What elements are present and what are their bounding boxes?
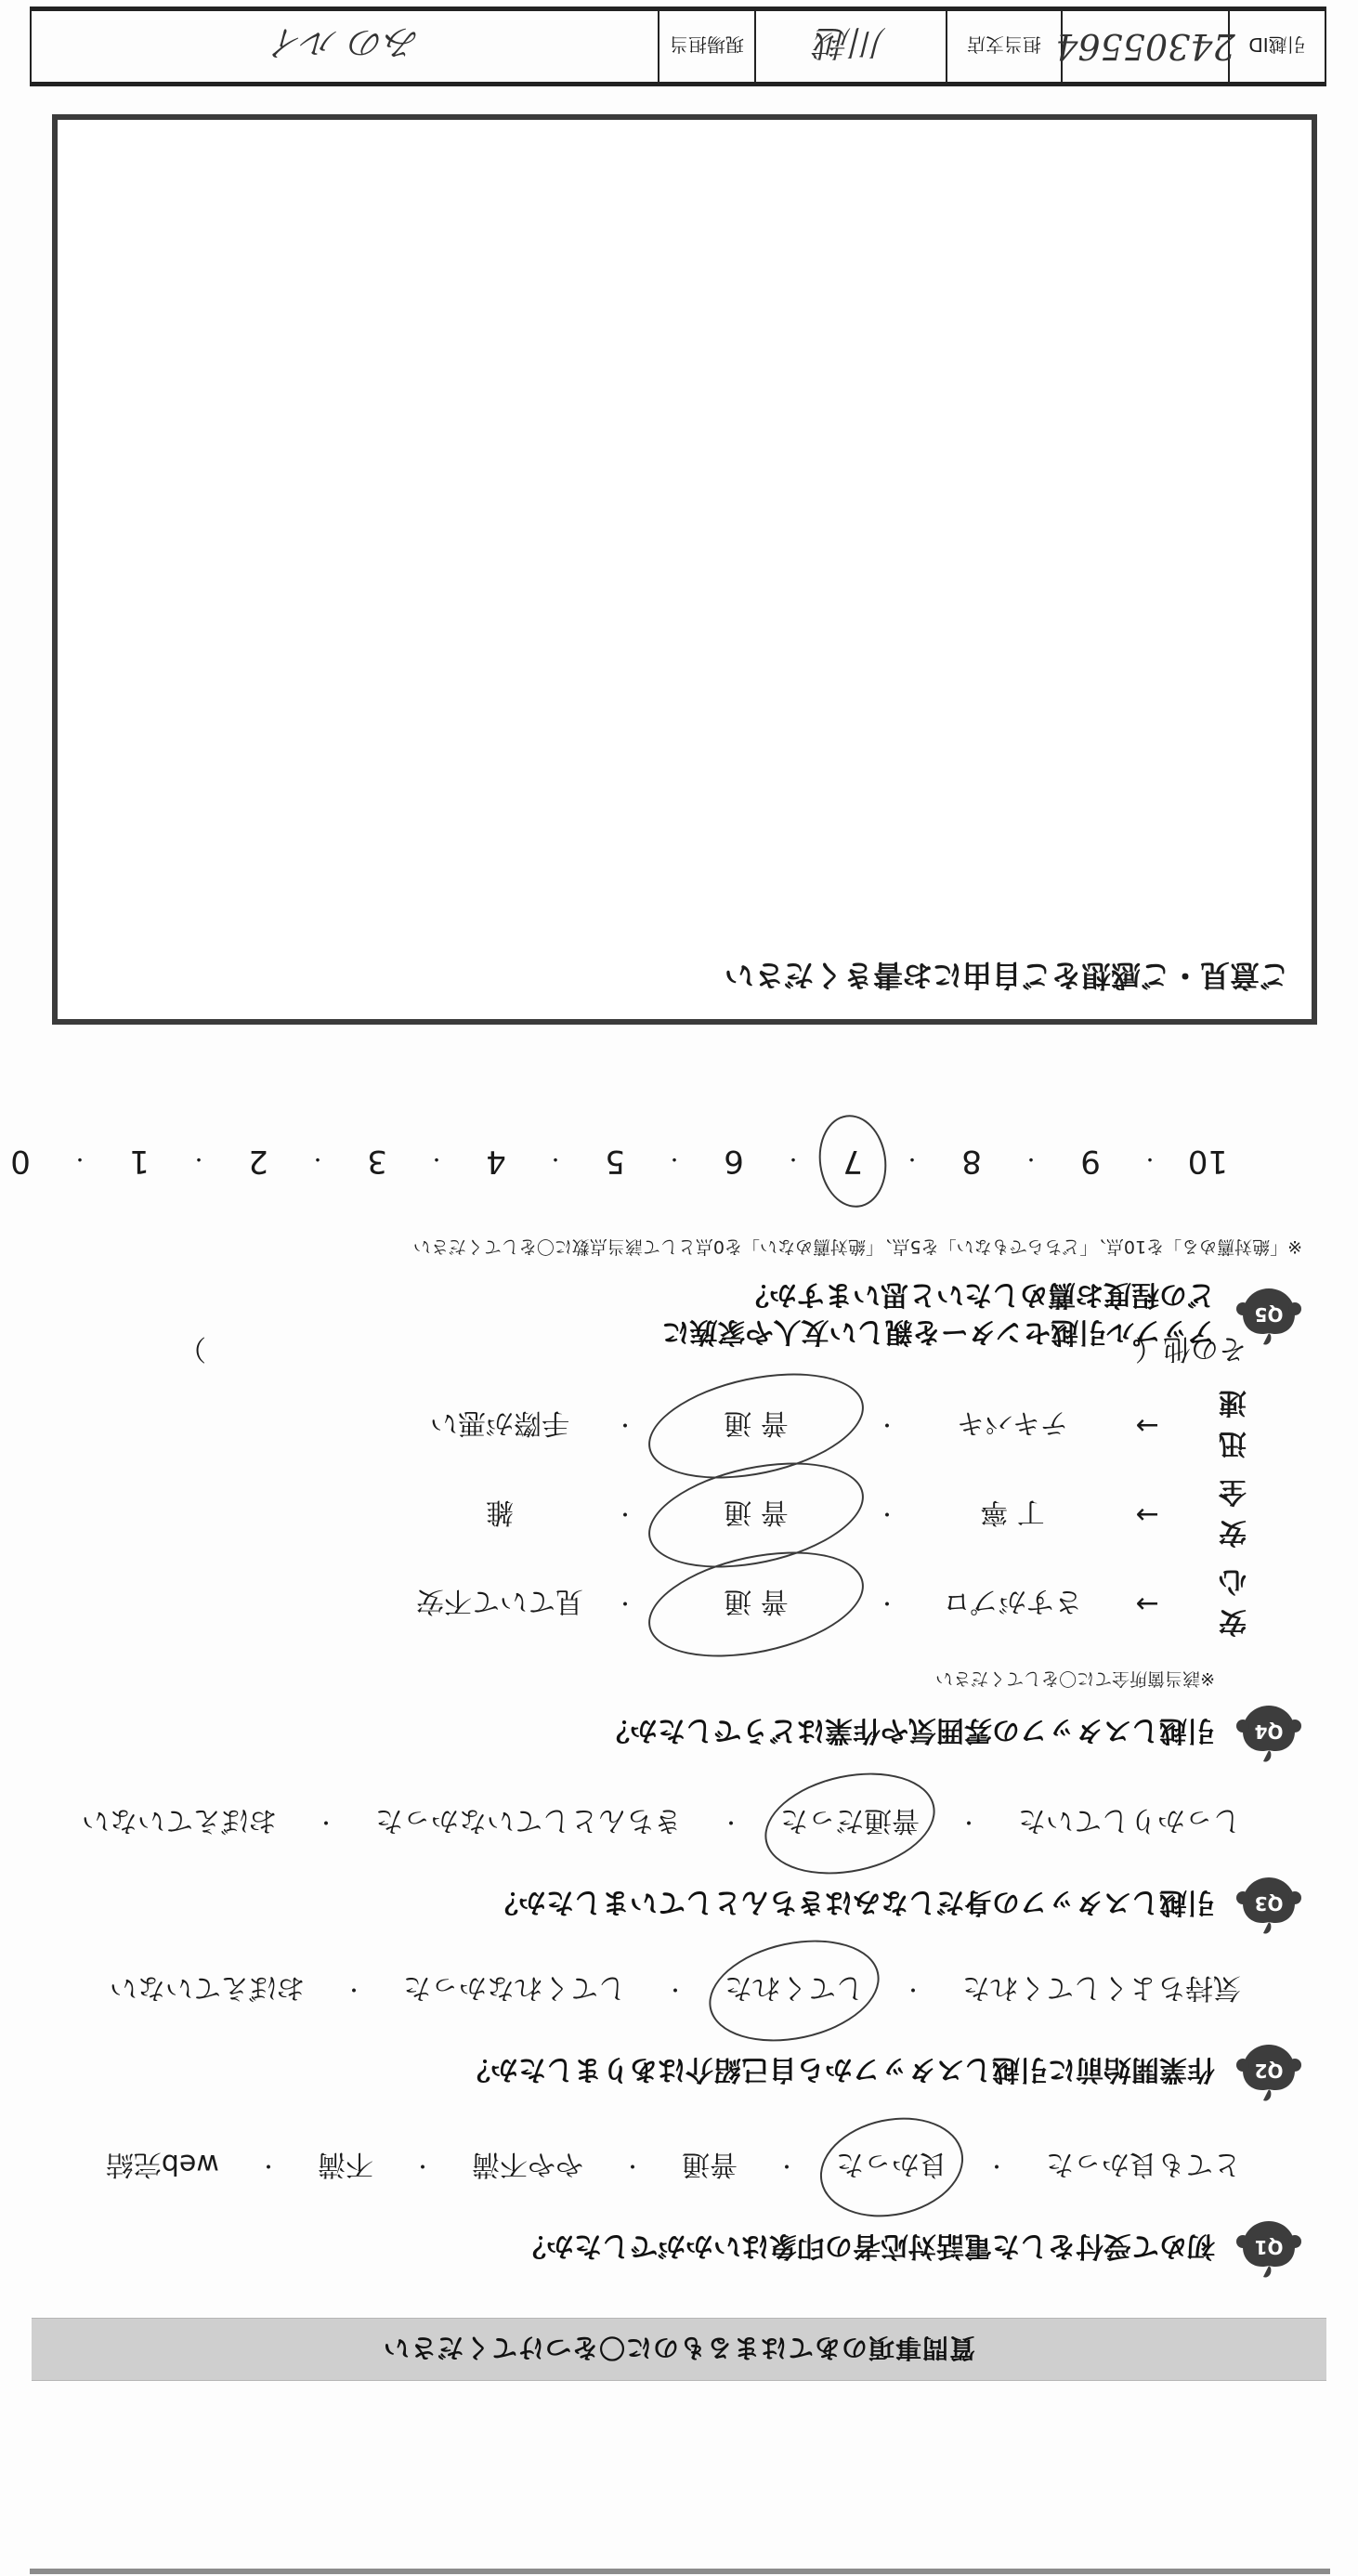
q1-badge-label: Q1 [1235,2236,1302,2258]
q1-option-selected[interactable]: 良かった [830,2143,953,2191]
paper-edge [30,2550,1330,2574]
q4-option[interactable]: 丁 寧 [920,1495,1105,1536]
header-info-table: 引越ID 24305564 担当支店 川越 現場担当 みの ルイ [30,7,1326,86]
apple-badge-icon: Q4 [1235,1696,1302,1763]
apple-badge-icon: Q5 [1235,1279,1302,1346]
arrow-right-icon: → [1105,1499,1189,1532]
q4-option[interactable]: 見ていて不安 [407,1584,593,1625]
separator: ・ [903,1148,921,1175]
score-option[interactable]: 3 [359,1143,396,1180]
arrow-right-icon: → [1105,1410,1189,1443]
score-option[interactable]: 1 [121,1143,158,1180]
separator: ・ [855,1590,920,1619]
q4-row-safety: 安全 → 丁 寧 ・ 普 通 ・ 雑 [20,1471,1247,1560]
question-q3: Q3 引越しスタッフの身だしなみはきちんとしていましたか？ しっかりしていた ・… [20,1799,1302,1935]
q4-row-speed: 迅速 → テキパキ ・ 普 通 ・ 手際が悪い [20,1381,1247,1471]
score-option-selected[interactable]: 7 [834,1143,871,1180]
arrow-right-icon: → [1105,1589,1189,1621]
question-q4: Q4 引越しスタッフの雰囲気や作業はどうでしたか？ ※該当箇所全てに〇をしてくだ… [20,1331,1302,1763]
score-option[interactable]: 5 [596,1143,633,1180]
q4-row-label: 迅速 [1189,1385,1247,1467]
staff-label: 現場担当 [658,11,754,82]
q4-row-label: 安心 [1189,1563,1247,1645]
q5-score-scale: 10 ・ 9 ・ 8 ・ 7 ・ 6 ・ 5 ・ 4 ・ 3 ・ 2 ・ 1 ・… [2,1143,1228,1180]
q4-option[interactable]: さすがプロ [920,1584,1105,1625]
q2-option[interactable]: おぼえていない [104,1967,310,2015]
question-q5: Q5 アップル引越センターを親しい友人や家族に どの程度お薦めしたいと思いますか… [20,1143,1302,1350]
q4-option-selected[interactable]: 普 通 [658,1580,855,1628]
q3-option[interactable]: おぼえていない [76,1799,282,1848]
question-q1: Q1 初めて受付をした電話対応者の印象はいかがでしたか？ とても良かった ・ 良… [20,2143,1302,2279]
q2-options: 気持ちよくしてくれた ・ してくれた ・ してくれなかった ・ おぼえていない [20,1967,1247,2015]
separator: ・ [412,2153,433,2182]
q3-badge-label: Q3 [1235,1892,1302,1915]
score-option[interactable]: 6 [715,1143,752,1180]
comment-box[interactable]: ご意見・ご感想をご自由にお書きください [52,114,1317,1025]
score-option[interactable]: 8 [953,1143,990,1180]
q5-note: ※「絶対薦める」を10点、「どちらでもない」を5点、「絶対薦めない」を0点として… [20,1236,1302,1261]
q4-note: ※該当箇所全てに〇をしてください [20,1667,1215,1693]
separator: ・ [986,2153,1007,2182]
score-option[interactable]: 4 [477,1143,515,1180]
separator: ・ [855,1501,920,1530]
separator: ・ [593,1501,658,1530]
comment-box-title: ご意見・ご感想をご自由にお書きください [725,956,1289,999]
separator: ・ [777,2153,797,2182]
moving-id-label: 引越ID [1228,11,1325,82]
separator: ・ [1141,1148,1159,1175]
q1-options: とても良かった ・ 良かった ・ 普通 ・ やや不満 ・ 不満 ・ web完結 [20,2143,1247,2191]
separator: ・ [71,1148,89,1175]
branch-label: 担当支店 [946,11,1061,82]
q1-title: 初めて受付をした電話対応者の印象はいかがでしたか？ [518,2227,1215,2264]
separator: ・ [665,1977,686,2006]
separator: ・ [593,1590,658,1619]
staff-value[interactable]: みの ルイ [32,11,658,82]
q4-option-selected[interactable]: 普 通 [658,1402,855,1450]
separator: ・ [344,1977,364,2006]
moving-id-value[interactable]: 24305564 [1061,11,1228,82]
score-option[interactable]: 9 [1072,1143,1109,1180]
branch-value[interactable]: 川越 [754,11,946,82]
score-option[interactable]: 10 [1191,1143,1228,1180]
separator: ・ [622,2153,643,2182]
apple-badge-icon: Q3 [1235,1868,1302,1935]
apple-badge-icon: Q2 [1235,2035,1302,2102]
instructions-banner: 質問事項のあてはまるものに〇をつけてください [32,2318,1326,2381]
score-option[interactable]: 0 [2,1143,39,1180]
separator: ・ [258,2153,279,2182]
apple-badge-icon: Q1 [1235,2212,1302,2279]
survey-sheet: 質問事項のあてはまるものに〇をつけてください Q1 初めて受付をした電話対応者の… [0,0,1358,2576]
q4-row-label: 安全 [1189,1474,1247,1556]
q2-option[interactable]: 気持ちよくしてくれた [957,1967,1247,2015]
q3-option-selected[interactable]: 普通だった [775,1799,925,1848]
separator: ・ [721,1810,741,1838]
separator: ・ [903,1977,923,2006]
separator: ・ [308,1148,327,1175]
question-q2: Q2 作業開始前に引越しスタッフから自己紹介はありましたか？ 気持ちよくしてくれ… [20,1967,1302,2102]
q3-option[interactable]: きちんとしていなかった [370,1799,687,1848]
separator: ・ [316,1810,336,1838]
q2-option-selected[interactable]: してくれた [719,1967,869,2015]
q5-badge-label: Q5 [1235,1303,1302,1326]
score-option[interactable]: 2 [240,1143,277,1180]
q4-option[interactable]: 手際が悪い [407,1406,593,1446]
q4-option[interactable]: テキパキ [920,1406,1105,1446]
q4-badge-label: Q4 [1235,1720,1302,1743]
q2-badge-label: Q2 [1235,2059,1302,2082]
q1-option[interactable]: とても良かった [1040,2143,1247,2191]
separator: ・ [959,1810,979,1838]
separator: ・ [855,1412,920,1441]
q4-title: 引越しスタッフの雰囲気や作業はどうでしたか？ [602,1711,1215,1748]
separator: ・ [784,1148,803,1175]
separator: ・ [189,1148,208,1175]
q3-option[interactable]: しっかりしていた [1012,1799,1247,1848]
separator: ・ [593,1412,658,1441]
comment-textarea[interactable] [76,138,1293,935]
separator: ・ [1022,1148,1040,1175]
q3-options: しっかりしていた ・ 普通だった ・ きちんとしていなかった ・ おぼえていない [20,1799,1247,1848]
q3-title: 引越しスタッフの身だしなみはきちんとしていましたか？ [490,1883,1215,1920]
q5-title-line1: アップル引越センターを親しい友人や家族に [662,1313,1216,1350]
q2-title: 作業開始前に引越しスタッフから自己紹介はありましたか？ [463,2050,1215,2087]
separator: ・ [546,1148,565,1175]
separator: ・ [665,1148,684,1175]
banner-text: 質問事項のあてはまるものに〇をつけてください [383,2331,975,2368]
q1-option[interactable]: web完結 [100,2143,225,2191]
q5-title-line2: どの程度お薦めしたいと思いますか？ [662,1275,1216,1313]
q1-option[interactable]: やや不満 [466,2143,589,2191]
separator: ・ [427,1148,446,1175]
q1-option[interactable]: 不満 [312,2143,379,2191]
q1-option[interactable]: 普通 [676,2143,743,2191]
q4-option-selected[interactable]: 普 通 [658,1491,855,1539]
q4-option[interactable]: 雑 [407,1495,593,1536]
q4-row-relief: 安心 → さすがプロ ・ 普 通 ・ 見ていて不安 [20,1560,1247,1649]
q2-option[interactable]: してくれなかった [398,1967,632,2015]
